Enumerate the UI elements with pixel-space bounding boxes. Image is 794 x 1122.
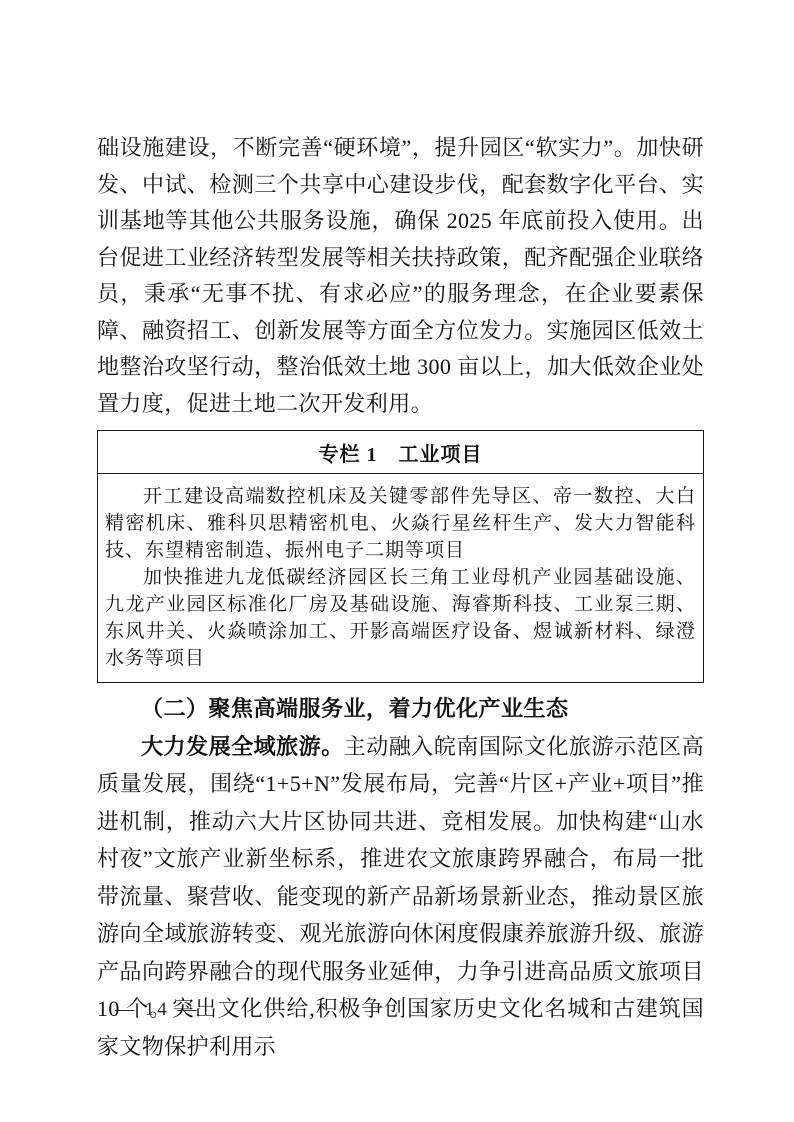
document-page: 础设施建设，不断完善“硬环境”，提升园区“软实力”。加快研发、中试、检测三个共享… [0, 0, 794, 1122]
section-heading: （二）聚焦高端服务业，着力优化产业生态 [97, 690, 704, 728]
continuation-paragraph: 础设施建设，不断完善“硬环境”，提升园区“软实力”。加快研发、中试、检测三个共享… [97, 130, 704, 422]
page-number: — 14 — [115, 999, 200, 1021]
industry-projects-box: 专栏 1 工业项目 开工建设高端数控机床及关键零部件先导区、帝一数控、大白精密机… [97, 430, 704, 683]
box-body: 开工建设高端数控机床及关键零部件先导区、帝一数控、大白精密机床、雅科贝思精密机电… [98, 474, 703, 682]
box-title: 专栏 1 工业项目 [98, 431, 703, 474]
box-paragraph: 开工建设高端数控机床及关键零部件先导区、帝一数控、大白精密机床、雅科贝思精密机电… [105, 483, 696, 564]
paragraph-lead: 大力发展全域旅游。 [141, 734, 344, 759]
box-paragraph: 加快推进九龙低碳经济园区长三角工业母机产业园基础设施、九龙产业园区标准化厂房及基… [105, 564, 696, 672]
text-column: 础设施建设，不断完善“硬环境”，提升园区“软实力”。加快研发、中试、检测三个共享… [97, 130, 704, 1065]
